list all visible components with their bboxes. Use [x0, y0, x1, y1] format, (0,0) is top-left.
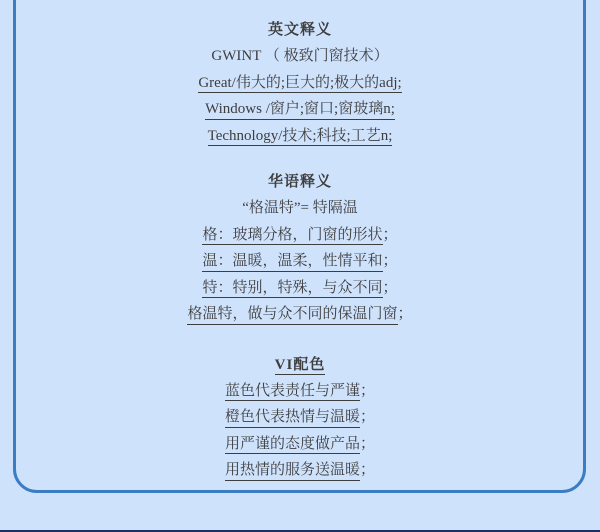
text-line: 用严谨的态度做产品； — [0, 431, 600, 458]
section-english-definition: 英文释义 GWINT （ 极致门窗技术） Great/伟大的;巨大的;极大的ad… — [0, 17, 600, 149]
text-line: 用热情的服务送温暖； — [0, 457, 600, 484]
text-line: 格：玻璃分格，门窗的形状； — [0, 222, 600, 249]
section-heading: VI配色 — [0, 352, 600, 378]
line-text: 用热情的服务送温暖 — [225, 462, 360, 481]
section-heading: 华语释义 — [0, 169, 600, 195]
section-vi-colors: VI配色 蓝色代表责任与严谨； 橙色代表热情与温暖； 用严谨的态度做产品； 用热… — [0, 352, 600, 484]
line-text: Windows /窗户;窗口;窗玻璃n; — [205, 101, 395, 120]
text-line: GWINT （ 极致门窗技术） — [0, 43, 600, 70]
text-line: 橙色代表热情与温暖； — [0, 404, 600, 431]
heading-text: VI配色 — [275, 357, 326, 375]
line-tail: ； — [383, 280, 398, 296]
line-text: “格温特”= 特隔温 — [242, 200, 358, 216]
text-line: Great/伟大的;巨大的;极大的adj; — [0, 70, 600, 97]
line-text: 特：特别，特殊，与众不同 — [202, 280, 382, 299]
text-line: Technology/技术;科技;工艺n; — [0, 123, 600, 150]
section-heading: 英文释义 — [0, 17, 600, 43]
line-tail: ； — [360, 383, 375, 399]
text-content: 英文释义 GWINT （ 极致门窗技术） Great/伟大的;巨大的;极大的ad… — [0, 0, 600, 484]
line-text: 蓝色代表责任与严谨 — [225, 383, 360, 402]
text-line: 温：温暖，温柔，性情平和； — [0, 248, 600, 275]
line-text: 格温特，做与众不同的保温门窗 — [187, 306, 397, 325]
line-text: GWINT （ 极致门窗技术） — [211, 48, 388, 64]
line-tail: ； — [383, 227, 398, 243]
text-line: 格温特，做与众不同的保温门窗； — [0, 301, 600, 328]
text-line: 蓝色代表责任与严谨； — [0, 378, 600, 405]
text-line: “格温特”= 特隔温 — [0, 195, 600, 222]
line-tail: ； — [383, 253, 398, 269]
text-line: Windows /窗户;窗口;窗玻璃n; — [0, 96, 600, 123]
line-tail: ； — [360, 462, 375, 478]
page-background: 英文释义 GWINT （ 极致门窗技术） Great/伟大的;巨大的;极大的ad… — [0, 0, 600, 532]
line-tail: ； — [398, 306, 413, 322]
line-text: 用严谨的态度做产品 — [225, 436, 360, 455]
section-chinese-definition: 华语释义 “格温特”= 特隔温 格：玻璃分格，门窗的形状； 温：温暖，温柔，性情… — [0, 169, 600, 328]
line-text: Technology/技术;科技;工艺n; — [208, 128, 393, 147]
text-line: 特：特别，特殊，与众不同； — [0, 275, 600, 302]
line-text: 格：玻璃分格，门窗的形状 — [202, 227, 382, 246]
line-text: Great/伟大的;巨大的;极大的adj; — [198, 75, 401, 94]
line-tail: ； — [360, 409, 375, 425]
line-tail: ； — [360, 436, 375, 452]
line-text: 橙色代表热情与温暖 — [225, 409, 360, 428]
line-text: 温：温暖，温柔，性情平和 — [202, 253, 382, 272]
